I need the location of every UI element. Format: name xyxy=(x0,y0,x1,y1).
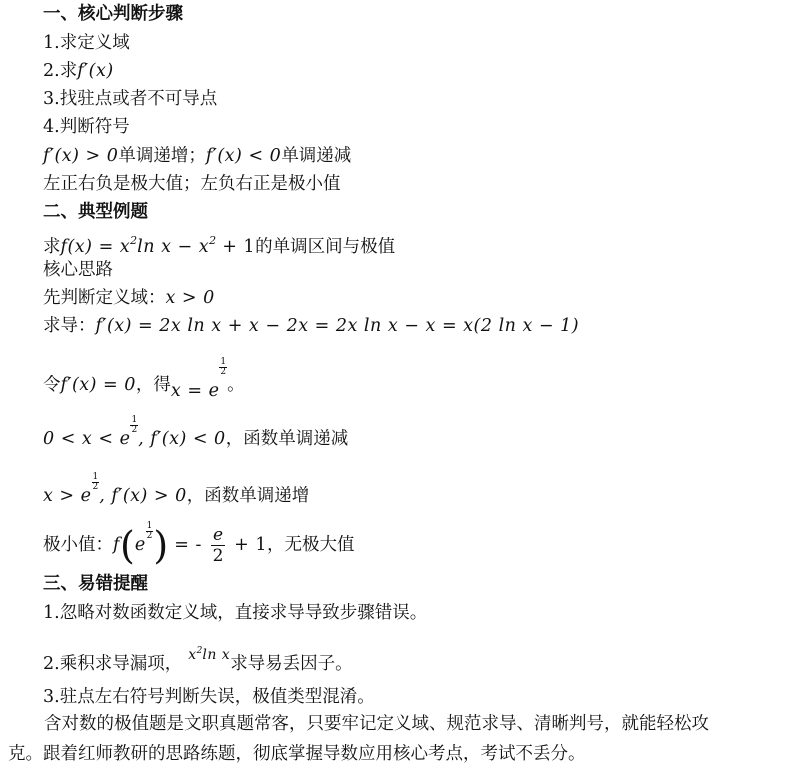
numerator: e xyxy=(211,525,225,546)
denominator: 2 xyxy=(130,426,138,435)
denominator: 2 xyxy=(211,546,225,566)
step-text: 判断符号 xyxy=(60,117,130,137)
math-expression: 0 < x < e xyxy=(43,429,130,449)
math-expression: + 1 xyxy=(228,535,267,555)
rule-text: 单调递减 xyxy=(281,146,351,166)
math-expression: x > e xyxy=(43,486,92,506)
problem-prefix: 求 xyxy=(43,237,61,257)
fraction-exponent: 12 xyxy=(219,358,227,377)
math-expression: x xyxy=(188,647,196,663)
section-heading-core-steps: 一、核心判断步骤 xyxy=(43,2,183,26)
step-number: 2. xyxy=(43,61,60,81)
step-2: 2.求f′(x) xyxy=(43,59,114,83)
derivative-step: 求导：f′(x) = 2x ln x + x − 2x = 2x ln x − … xyxy=(43,314,579,338)
pitfall-1: 1.忽略对数函数定义域，直接求导导致步骤错误。 xyxy=(43,601,427,625)
math-expression: , f′(x) > 0 xyxy=(99,486,187,506)
decreasing-interval: 0 < x < e12, f′(x) < 0，函数单调递减 xyxy=(43,416,348,451)
math-expression: f′(x) < 0 xyxy=(206,146,281,166)
item-number: 2. xyxy=(43,654,60,674)
step-number: 4. xyxy=(43,117,60,137)
minimum-value: 极小值：f(e12) = - e2 + 1，无极大值 xyxy=(43,522,355,566)
math-expression: f(x) = x xyxy=(61,237,131,257)
step-4: 4.判断符号 xyxy=(43,115,130,139)
example-problem: 求f(x) = x2ln x − x2 + 1的单调区间与极值 xyxy=(43,229,395,259)
text: ，函数单调递减 xyxy=(226,429,349,449)
conclusion-paragraph: 含对数的极值题是文职真题常客，只要牢记定义域、规范求导、清晰判号，就能轻松攻 克… xyxy=(0,709,780,769)
increasing-interval: x > e12, f′(x) > 0，函数单调递增 xyxy=(43,473,309,508)
core-idea-label: 核心思路 xyxy=(43,258,113,282)
right-paren: ) xyxy=(153,524,168,568)
conclusion-line-1: 含对数的极值题是文职真题常客，只要牢记定义域、规范求导、清晰判号，就能轻松攻 xyxy=(0,709,780,739)
item-text: 忽略对数函数定义域，直接求导导致步骤错误。 xyxy=(60,603,428,623)
item-text: 驻点左右符号判断失误，极值类型混淆。 xyxy=(60,687,375,707)
math-expression: x > 0 xyxy=(166,288,215,308)
math-expression: ln x xyxy=(202,647,230,663)
step-number: 3. xyxy=(43,89,60,109)
left-paren: ( xyxy=(120,524,135,568)
text: ，函数单调递增 xyxy=(187,486,310,506)
step-text: 求定义域 xyxy=(60,33,130,53)
item-text: 乘积求导漏项， xyxy=(60,654,183,674)
item-text: 求导易丢因子。 xyxy=(230,654,353,674)
text: ，无极大值 xyxy=(267,535,355,555)
derivative-label: 求导： xyxy=(43,316,96,336)
item-number: 3. xyxy=(43,687,60,707)
denominator: 2 xyxy=(219,368,227,377)
label: 极小值： xyxy=(43,535,113,555)
step-3: 3.找驻点或者不可导点 xyxy=(43,87,217,111)
step-number: 1. xyxy=(43,33,60,53)
math-expression: ln x − x xyxy=(137,237,209,257)
math-expression: f′(x) = 2x ln x + x − 2x = 2x ln x − x =… xyxy=(96,316,580,336)
step-1: 1.求定义域 xyxy=(43,31,130,55)
rule-text: 单调递增； xyxy=(118,146,206,166)
rule-extremum: 左正右负是极大值；左负右正是极小值 xyxy=(43,172,341,196)
math-expression: f xyxy=(113,535,120,555)
pitfall-2: 2.乘积求导漏项，x2ln x求导易丢因子。 xyxy=(43,649,353,677)
section-heading-pitfalls: 三、易错提醒 xyxy=(43,572,148,596)
step-text: 找驻点或者不可导点 xyxy=(60,89,218,109)
text: 令 xyxy=(43,375,61,395)
text: ，得 xyxy=(136,375,171,395)
domain-step: 先判断定义域：x > 0 xyxy=(43,286,215,310)
math-expression: x = e xyxy=(171,381,220,401)
math-expression: f′(x) xyxy=(77,61,113,81)
critical-point-step: 令f′(x) = 0，得x = e12。 xyxy=(43,358,245,397)
step-text: 求 xyxy=(60,61,78,81)
pitfall-3: 3.驻点左右符号判断失误，极值类型混淆。 xyxy=(43,685,375,709)
math-expression: f′(x) = 0 xyxy=(61,375,136,395)
math-expression: + 1 xyxy=(216,237,255,257)
section-heading-example: 二、典型例题 xyxy=(43,200,148,224)
conclusion-line-2: 克。跟着红师教研的思路练题，彻底掌握导数应用核心考点，考试不丢分。 xyxy=(0,739,780,769)
problem-suffix: 的单调区间与极值 xyxy=(255,237,395,257)
fraction-exponent: 12 xyxy=(130,416,138,435)
math-expression: e xyxy=(135,535,146,555)
math-expression: f′(x) > 0 xyxy=(43,146,118,166)
math-expression: , f′(x) < 0 xyxy=(138,429,226,449)
text: 。 xyxy=(227,375,245,395)
inline-math: x2ln x xyxy=(188,644,230,664)
item-number: 1. xyxy=(43,603,60,623)
rule-monotonicity: f′(x) > 0单调递增；f′(x) < 0单调递减 xyxy=(43,144,351,168)
domain-text: 先判断定义域： xyxy=(43,288,166,308)
fraction: e2 xyxy=(211,525,225,566)
math-expression: = - xyxy=(168,535,208,555)
